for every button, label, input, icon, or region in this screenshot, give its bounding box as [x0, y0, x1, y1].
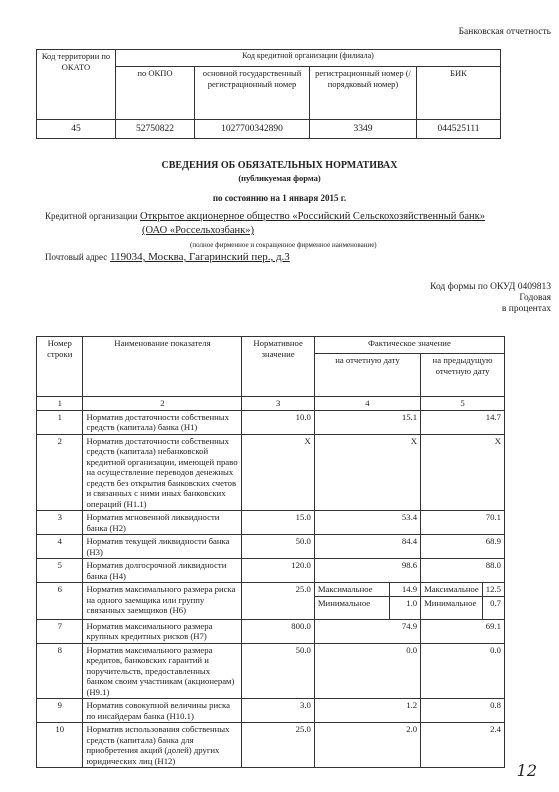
row-number: 2 [37, 434, 83, 511]
table-row: 8Норматив максимального размера кредитов… [37, 643, 505, 699]
page-number: 12 [517, 761, 537, 780]
previous-value: X [421, 434, 505, 511]
previous-value: 68.9 [421, 535, 505, 559]
row-number: 4 [37, 535, 83, 559]
table-row: 7Норматив максимального размера крупных … [37, 619, 505, 643]
as-of-date: по состоянию на 1 января 2015 г. [0, 193, 559, 203]
organization-codes-table: Код территории по ОКАТО Код кредитной ор… [36, 49, 501, 139]
organization-full-name: Открытое акционерное общество «Российски… [140, 211, 485, 222]
indicator-name: Норматив использования собственных средс… [83, 723, 242, 768]
normative-value: 15.0 [242, 511, 314, 535]
previous-value: 2.4 [421, 723, 505, 768]
ogrn-value: 1027700342890 [195, 120, 310, 139]
min-label: Минимальное [315, 596, 390, 619]
previous-value: 0.0 [421, 643, 505, 699]
document-subtitle: (публикуемая форма) [0, 173, 559, 183]
okpo-header: по ОКПО [116, 67, 195, 120]
regnum-value: 3349 [310, 120, 417, 139]
col-number-5: 5 [421, 397, 505, 411]
header-reporting: на отчетную дату [314, 354, 420, 397]
table-row: 6Норматив максимального размера риска на… [37, 583, 505, 620]
header-actual: Фактическое значение [314, 337, 504, 354]
indicator-name: Норматив долгосрочной ликвидности банка … [83, 559, 242, 583]
indicator-name: Норматив достаточности собственных средс… [83, 434, 242, 511]
header-row-num: Номер строки [37, 337, 83, 397]
reporting-value: 1.2 [314, 699, 420, 723]
col-number-2: 2 [83, 397, 242, 411]
organization-line: Кредитной организации Открытое акционерн… [45, 211, 485, 222]
min-value: 1.0 [390, 596, 421, 619]
indicator-name: Норматив мгновенной ликвидности банка (Н… [83, 511, 242, 535]
max-value: 12.5 [482, 583, 504, 596]
min-value: 0.7 [482, 596, 504, 619]
normative-value: 3.0 [242, 699, 314, 723]
address-line: Почтовый адрес 119034, Москва, Гагаринск… [45, 251, 290, 263]
table-row: 10Норматив использования собственных сре… [37, 723, 505, 768]
normative-value: 50.0 [242, 643, 314, 699]
previous-value-split: Максимальное12.5Минимальное0.7 [421, 583, 505, 620]
address-prefix: Почтовый адрес [45, 252, 107, 262]
row-number: 6 [37, 583, 83, 620]
normative-value: 50.0 [242, 535, 314, 559]
row-number: 5 [37, 559, 83, 583]
okato-header: Код территории по ОКАТО [37, 50, 116, 120]
okpo-value: 52750822 [116, 120, 195, 139]
table-row: 2Норматив достаточности собственных сред… [37, 434, 505, 511]
normative-value: 25.0 [242, 583, 314, 620]
address-value: 119034, Москва, Гагаринский пер., д.3 [110, 251, 290, 263]
indicator-name: Норматив максимального размера кредитов,… [83, 643, 242, 699]
normative-value: 25.0 [242, 723, 314, 768]
row-number: 3 [37, 511, 83, 535]
col-number-4: 4 [314, 397, 420, 411]
report-type-label: Банковская отчетность [459, 27, 551, 37]
indicator-name: Норматив достаточности собственных средс… [83, 410, 242, 434]
reporting-value-split: Максимальное14.9Минимальное1.0 [314, 583, 420, 620]
form-units: в процентах [430, 304, 551, 315]
form-code-block: Код формы по ОКУД 0409813 Годовая в проц… [430, 282, 551, 315]
indicator-name: Норматив совокупной величины риска по ин… [83, 699, 242, 723]
bik-value: 044525111 [417, 120, 501, 139]
table-row: 4Норматив текущей ликвидности банка (Н3)… [37, 535, 505, 559]
reporting-value: 74.9 [314, 619, 420, 643]
reporting-value: 53.4 [314, 511, 420, 535]
reporting-value: 0.0 [314, 643, 420, 699]
row-number: 7 [37, 619, 83, 643]
max-label: Максимальное [421, 583, 482, 596]
max-label: Максимальное [315, 583, 390, 596]
org-code-group-header: Код кредитной организации (филиала) [116, 50, 501, 67]
table-row: 5Норматив долгосрочной ликвидности банка… [37, 559, 505, 583]
previous-value: 70.1 [421, 511, 505, 535]
row-number: 8 [37, 643, 83, 699]
reporting-value: 15.1 [314, 410, 420, 434]
max-value: 14.9 [390, 583, 421, 596]
indicator-name: Норматив текущей ликвидности банка (Н3) [83, 535, 242, 559]
reporting-value: X [314, 434, 420, 511]
previous-value: 88.0 [421, 559, 505, 583]
document-title: СВЕДЕНИЯ ОБ ОБЯЗАТЕЛЬНЫХ НОРМАТИВАХ [0, 160, 559, 171]
normatives-table: Номер строки Наименование показателя Нор… [36, 336, 505, 768]
previous-value: 0.8 [421, 699, 505, 723]
indicator-name: Норматив максимального размера крупных к… [83, 619, 242, 643]
col-number-1: 1 [37, 397, 83, 411]
normative-value: 120.0 [242, 559, 314, 583]
okato-value: 45 [37, 120, 116, 139]
row-number: 9 [37, 699, 83, 723]
normative-value: 800.0 [242, 619, 314, 643]
reporting-value: 98.6 [314, 559, 420, 583]
reporting-value: 84.4 [314, 535, 420, 559]
table-row: 3Норматив мгновенной ликвидности банка (… [37, 511, 505, 535]
indicator-name: Норматив максимального размера риска на … [83, 583, 242, 620]
header-previous: на предыдущую отчетную дату [421, 354, 505, 397]
table-row: 9Норматив совокупной величины риска по и… [37, 699, 505, 723]
organization-short-name: (ОАО «Россельхозбанк») [142, 225, 254, 236]
form-code: Код формы по ОКУД 0409813 [430, 282, 551, 293]
previous-value: 14.7 [421, 410, 505, 434]
row-number: 10 [37, 723, 83, 768]
previous-value: 69.1 [421, 619, 505, 643]
normative-value: 10.0 [242, 410, 314, 434]
form-period: Годовая [430, 293, 551, 304]
table-row: 1Норматив достаточности собственных сред… [37, 410, 505, 434]
header-normative: Нормативное значение [242, 337, 314, 397]
ogrn-header: основной государственный регистрационный… [195, 67, 310, 120]
reporting-value: 2.0 [314, 723, 420, 768]
row-number: 1 [37, 410, 83, 434]
col-number-3: 3 [242, 397, 314, 411]
organization-prefix: Кредитной организации [45, 211, 137, 221]
header-name: Наименование показателя [83, 337, 242, 397]
bik-header: БИК [417, 67, 501, 120]
normative-value: X [242, 434, 314, 511]
regnum-header: регистрационный номер (/порядковый номер… [310, 67, 417, 120]
organization-note: (полное фирменное и сокращенное фирменно… [190, 241, 377, 249]
min-label: Минимальное [421, 596, 482, 619]
